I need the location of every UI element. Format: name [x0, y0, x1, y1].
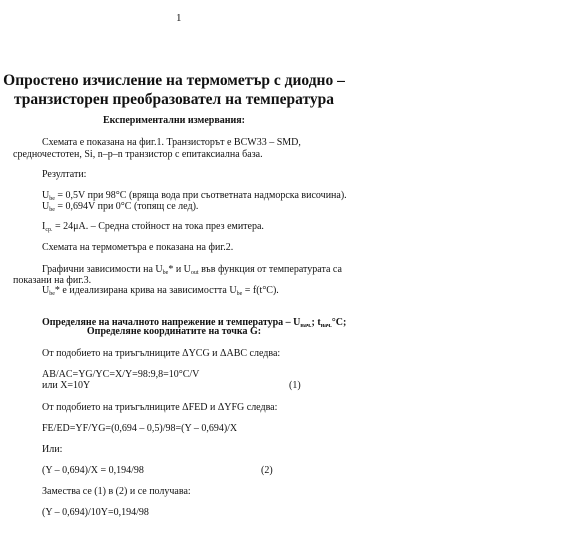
similarity-statement-1: От подобието на триъгълниците ΔYCG и ΔAB… [42, 348, 280, 360]
ube-measurement-2: Ube = 0,694V при 0°C (топящ се лед). [42, 201, 198, 213]
section-heading-point-g: Определяне координатите на точка G: [0, 326, 348, 338]
or-label: Или: [42, 444, 62, 456]
equation-2-number: (2) [261, 465, 273, 476]
document-title: Опростено изчисление на термометър с дио… [0, 71, 348, 109]
similarity-statement-2: От подобието на триъгълниците ΔFED и ΔYF… [42, 402, 277, 414]
page-number: 1 [176, 12, 182, 24]
paragraph-scheme-line-1: Схемата е показана на фиг.1. Транзисторъ… [42, 137, 301, 149]
equation-1-number: (1) [289, 380, 301, 391]
equation-2: (Y – 0,694)/X = 0,194/98 [42, 465, 144, 477]
equation-fe-ed: FE/ED=YF/YG=(0,694 – 0,5)/98=(Y – 0,694)… [42, 423, 237, 435]
title-line-1: Опростено изчисление на термометър с дио… [0, 71, 348, 90]
title-line-2: транзисторен преобразовател на температу… [0, 90, 348, 109]
substitution-statement: Замества се (1) в (2) и се получава: [42, 486, 191, 498]
results-label: Резултати: [42, 169, 86, 181]
thermometer-scheme: Схемата на термометъра е показана на фиг… [42, 242, 233, 254]
paragraph-scheme-line-2: средночестотен, Si, n–p–n транзистор с е… [13, 149, 263, 161]
equation-3: (Y – 0,694)/10Y=0,194/98 [42, 507, 149, 519]
emitter-current: Iср. = 24μA. – Средна стойност на тока п… [42, 221, 264, 233]
idealized-curve: Ube* е идеализирана крива на зависимостт… [42, 285, 279, 297]
equation-1: или X=10Y [42, 380, 90, 392]
section-heading-measurements: Експериментални измервания: [0, 115, 348, 126]
